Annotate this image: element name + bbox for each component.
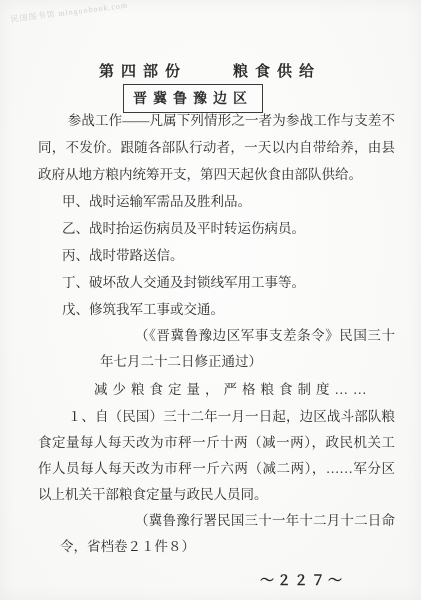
list-item-bing: 丙、战时带路送信。 — [62, 242, 395, 269]
section-number-title: 第四部份 — [99, 60, 187, 81]
page-number: ～２２７～ — [38, 568, 345, 595]
list-item-jia: 甲、战时运输军需品及胜利品。 — [62, 188, 395, 215]
list-item-yi: 乙、战时抬运伤病员及平时转运伤病员。 — [62, 215, 395, 242]
paragraph-war-service-definition: 参战工作——凡属下列情形之一者为参战工作与支差不同，不发价。跟随各部队行动者，一… — [38, 107, 395, 188]
library-watermark: 民国图书馆 minguobook.com — [10, 0, 129, 25]
chapter-title: 粮食供给 — [233, 60, 321, 81]
list-item-wu: 戊、修筑我军工事或交通。 — [62, 296, 395, 323]
list-item-ding: 丁、破坏敌人交通及封锁线军用工事等。 — [62, 269, 395, 296]
paragraph-grain-quota-detail: １、自（民国）三十二年一月一日起，边区战斗部队粮食定量每人每天改为市秤一斤十两（… — [38, 404, 395, 508]
document-header: 第四部份 粮食供给 — [99, 60, 321, 81]
document-body: 参战工作——凡属下列情形之一者为参战工作与支差不同，不发价。跟随各部队行动者，一… — [38, 107, 395, 595]
source-citation-regulation: （《晋冀鲁豫边区军事支差条令》民国三十年七月二十二日修正通过） — [100, 323, 395, 375]
source-citation-order: （冀鲁豫行署民国三十一年十二月十二日命令，省档卷２１件８） — [60, 508, 395, 560]
scanned-document-page: 民国图书馆 minguobook.com 第四部份 粮食供给 晋冀鲁豫边区 参战… — [0, 0, 421, 600]
subheading-grain-quota: 减少粮食定量，严格粮食制度…… — [94, 376, 395, 403]
